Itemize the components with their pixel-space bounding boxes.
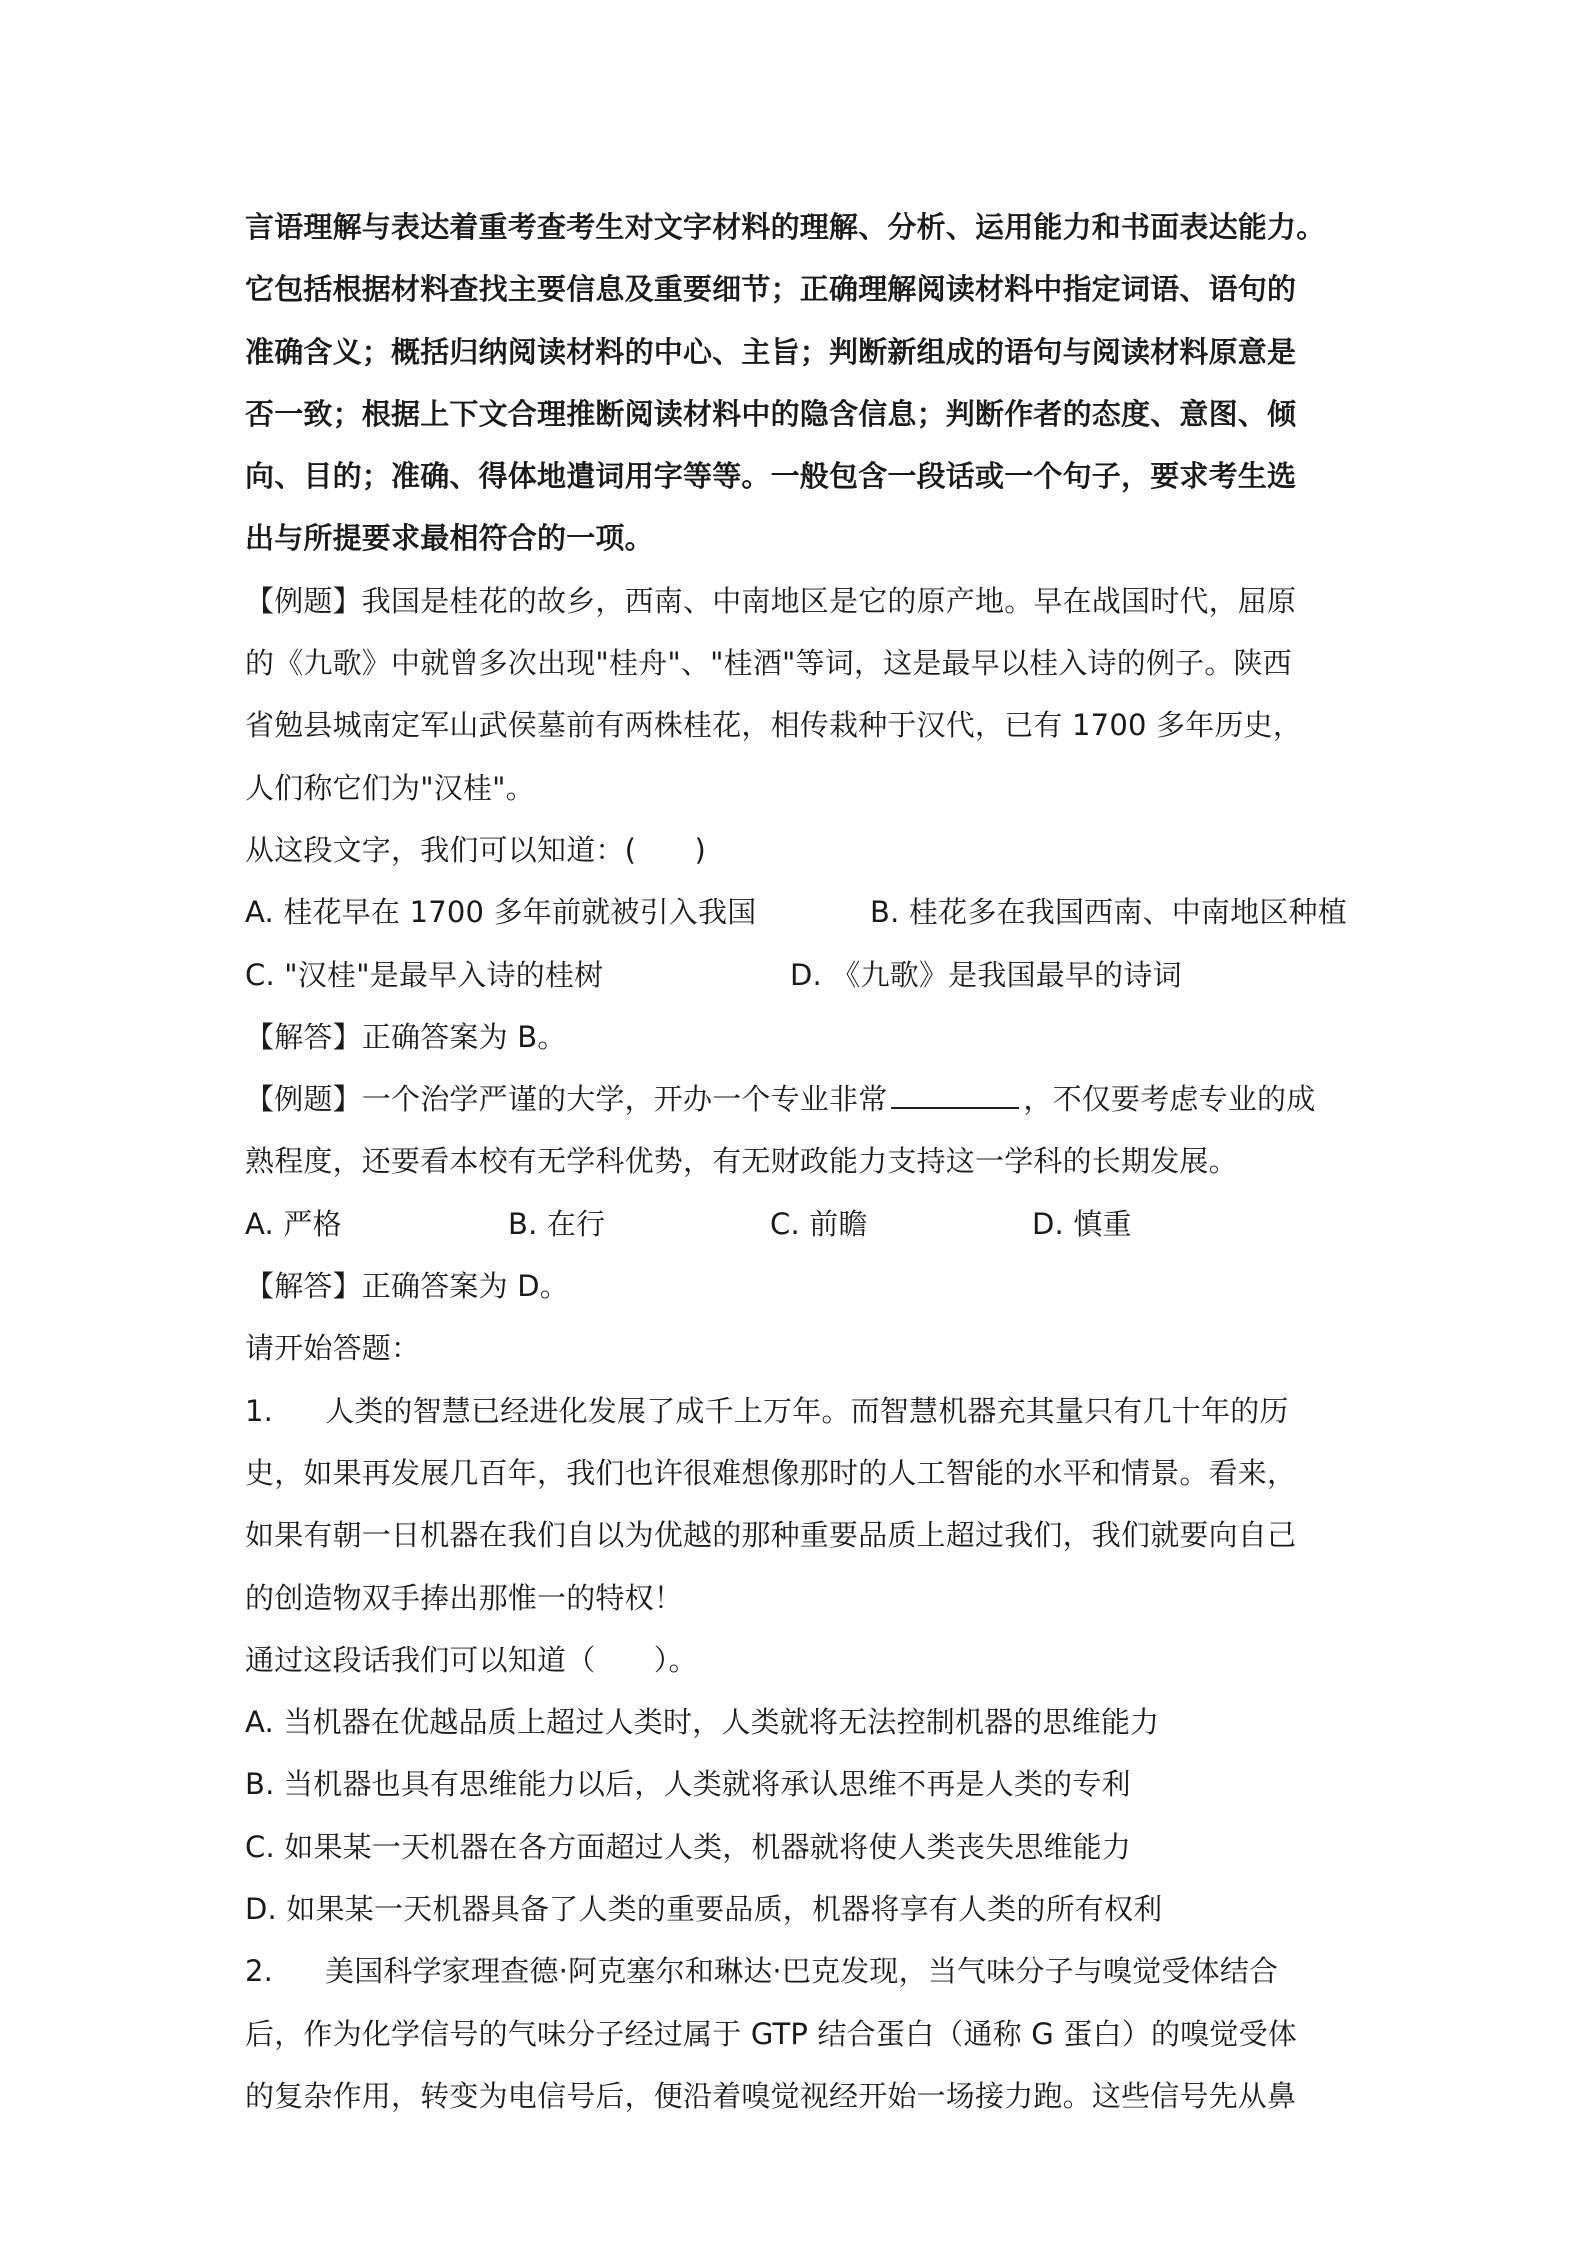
question-2-line: 后，作为化学信号的气味分子经过属于 GTP 结合蛋白（通称 G 蛋白）的嗅觉受体 xyxy=(245,2003,1395,2065)
intro-line: 准确含义；概括归纳阅读材料的中心、主旨；判断新组成的语句与阅读材料原意是 xyxy=(245,321,1395,383)
example-2-line-2: 熟程度，还要看本校有无学科优势，有无财政能力支持这一学科的长期发展。 xyxy=(245,1130,1395,1192)
question-2-line-1: 2.美国科学家理查德·阿克塞尔和琳达·巴克发现，当气味分子与嗅觉受体结合 xyxy=(245,1940,1395,2002)
question-1-option-b: B. 当机器也具有思维能力以后，人类就将承认思维不再是人类的专利 xyxy=(245,1753,1395,1815)
intro-paragraph: 言语理解与表达着重考查考生对文字材料的理解、分析、运用能力和书面表达能力。 它包… xyxy=(245,196,1395,570)
example-2-option-d: D. 慎重 xyxy=(1032,1193,1132,1255)
example-1-option-b: B. 桂花多在我国西南、中南地区种植 xyxy=(870,881,1347,943)
example-1-answer: 【解答】正确答案为 B。 xyxy=(245,1006,1395,1068)
example-1-option-a: A. 桂花早在 1700 多年前就被引入我国 xyxy=(245,881,756,943)
example-2: 【例题】一个治学严谨的大学，开办一个专业非常，不仅要考虑专业的成 熟程度，还要看… xyxy=(245,1068,1395,1317)
question-2-number: 2. xyxy=(245,1940,325,2002)
example-2-text-after-blank: ，不仅要考虑专业的成 xyxy=(1023,1082,1315,1116)
intro-line: 否一致；根据上下文合理推断阅读材料中的隐含信息；判断作者的态度、意图、倾 xyxy=(245,383,1395,445)
question-1-option-d: D. 如果某一天机器具备了人类的重要品质，机器将享有人类的所有权利 xyxy=(245,1878,1395,1940)
example-1-question: 从这段文字，我们可以知道：( ) xyxy=(245,819,1395,881)
example-1-line: 的《九歌》中就曾多次出现"桂舟"、"桂酒"等词，这是最早以桂入诗的例子。陕西 xyxy=(245,632,1395,694)
example-2-answer: 【解答】正确答案为 D。 xyxy=(245,1255,1395,1317)
question-2-line: 的复杂作用，转变为电信号后，便沿着嗅觉视经开始一场接力跑。这些信号先从鼻 xyxy=(245,2065,1395,2127)
example-1-options-row-1: A. 桂花早在 1700 多年前就被引入我国 B. 桂花多在我国西南、中南地区种… xyxy=(245,881,1395,943)
question-1-line: 史，如果再发展几百年，我们也许很难想像那时的人工智能的水平和情景。看来， xyxy=(245,1442,1395,1504)
example-2-option-c: C. 前瞻 xyxy=(770,1193,868,1255)
document-page: 言语理解与表达着重考查考生对文字材料的理解、分析、运用能力和书面表达能力。 它包… xyxy=(245,196,1395,2127)
example-1-line: 人们称它们为"汉桂"。 xyxy=(245,757,1395,819)
intro-line: 出与所提要求最相符合的一项。 xyxy=(245,507,1395,569)
example-1-line: 省勉县城南定军山武侯墓前有两株桂花，相传栽种于汉代，已有 1700 多年历史， xyxy=(245,694,1395,756)
intro-line: 言语理解与表达着重考查考生对文字材料的理解、分析、运用能力和书面表达能力。 xyxy=(245,196,1395,258)
question-1-line: 如果有朝一日机器在我们自以为优越的那种重要品质上超过我们，我们就要向自己 xyxy=(245,1504,1395,1566)
intro-line: 它包括根据材料查找主要信息及重要细节；正确理解阅读材料中指定词语、语句的 xyxy=(245,258,1395,320)
example-1: 【例题】我国是桂花的故乡，西南、中南地区是它的原产地。早在战国时代，屈原 的《九… xyxy=(245,570,1395,1068)
question-1: 1.人类的智慧已经进化发展了成千上万年。而智慧机器充其量只有几十年的历 史，如果… xyxy=(245,1380,1395,1941)
example-2-text-before-blank: 【例题】一个治学严谨的大学，开办一个专业非常 xyxy=(245,1082,887,1116)
example-1-option-d: D. 《九歌》是我国最早的诗词 xyxy=(790,944,1182,1006)
question-1-line-1: 1.人类的智慧已经进化发展了成千上万年。而智慧机器充其量只有几十年的历 xyxy=(245,1380,1395,1442)
question-1-text: 人类的智慧已经进化发展了成千上万年。而智慧机器充其量只有几十年的历 xyxy=(325,1394,1289,1428)
intro-line: 向、目的；准确、得体地遣词用字等等。一般包含一段话或一个句子，要求考生选 xyxy=(245,445,1395,507)
example-2-options-row: A. 严格 B. 在行 C. 前瞻 D. 慎重 xyxy=(245,1193,1395,1255)
fill-in-blank xyxy=(891,1077,1019,1109)
example-2-option-b: B. 在行 xyxy=(508,1193,605,1255)
question-1-option-c: C. 如果某一天机器在各方面超过人类，机器就将使人类丧失思维能力 xyxy=(245,1816,1395,1878)
start-prompt: 请开始答题： xyxy=(245,1317,1395,1379)
question-2: 2.美国科学家理查德·阿克塞尔和琳达·巴克发现，当气味分子与嗅觉受体结合 后，作… xyxy=(245,1940,1395,2127)
question-1-prompt: 通过这段话我们可以知道（ ）。 xyxy=(245,1629,1395,1691)
question-1-line: 的创造物双手捧出那惟一的特权！ xyxy=(245,1567,1395,1629)
question-1-option-a: A. 当机器在优越品质上超过人类时，人类就将无法控制机器的思维能力 xyxy=(245,1691,1395,1753)
example-1-line: 【例题】我国是桂花的故乡，西南、中南地区是它的原产地。早在战国时代，屈原 xyxy=(245,570,1395,632)
example-1-option-c: C. "汉桂"是最早入诗的桂树 xyxy=(245,944,603,1006)
question-1-number: 1. xyxy=(245,1380,325,1442)
question-2-text: 美国科学家理查德·阿克塞尔和琳达·巴克发现，当气味分子与嗅觉受体结合 xyxy=(325,1954,1278,1988)
example-2-line-1: 【例题】一个治学严谨的大学，开办一个专业非常，不仅要考虑专业的成 xyxy=(245,1068,1395,1130)
example-2-option-a: A. 严格 xyxy=(245,1193,342,1255)
example-1-options-row-2: C. "汉桂"是最早入诗的桂树 D. 《九歌》是我国最早的诗词 xyxy=(245,944,1395,1006)
